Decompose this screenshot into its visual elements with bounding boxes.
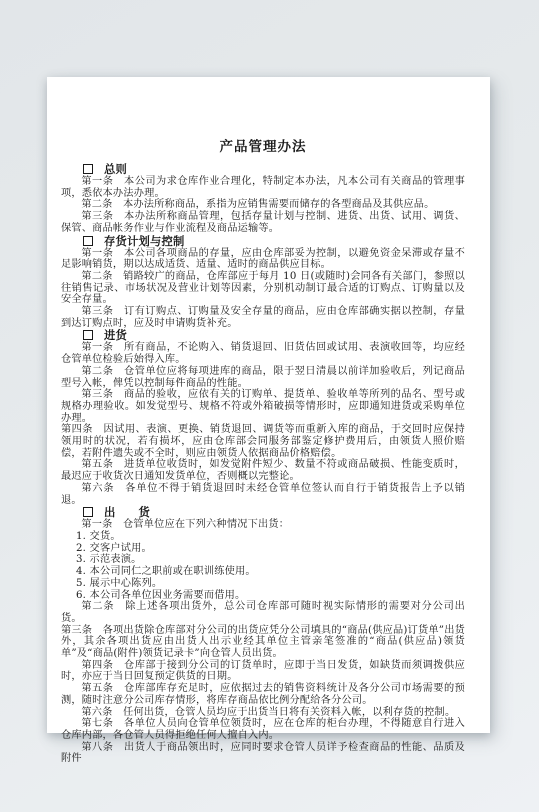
section-heading: 出 货: [61, 506, 465, 519]
clause-paragraph: 第八条 出货人于商品领出时，应同时要求仓管人员详予检查商品的性能、品质及附件: [61, 742, 465, 765]
clause-paragraph: 第三条 商品的验收，应依有关的订购单、提货单、验收单等所列的品名、型号或规格办理…: [61, 389, 465, 424]
checkbox-icon: [83, 507, 93, 517]
clause-paragraph: 第六条 任何出货，仓管人员均应于出货当日将有关资料入帐，以利存货的控制。: [61, 707, 465, 719]
clause-paragraph: 第二条 仓管单位应将每项进库的商品，限于翌日清晨以前详加验收后，列记商品型号入帐…: [61, 366, 465, 389]
clause-paragraph: 第一条 所有商品，不论购入、销货退回、旧货估回或试用、表演收回等，均应经仓管单位…: [61, 342, 465, 365]
clause-paragraph: 第三条 各项出货除仓库部对分公司的出货应凭分公司填具的“商品(供应品)订货单”出…: [61, 625, 465, 660]
clause-paragraph: 第五条 进货单位收货时，如发觉附件短少、数量不符或商品破损、性能变质时，最迟应于…: [61, 459, 465, 482]
checkbox-icon: [83, 236, 93, 246]
clause-paragraph: 第二条 本办法所称商品，系指为应销售需要而储存的各型商品及其供应品。: [61, 199, 465, 211]
document-title: 产品管理办法: [61, 137, 465, 157]
clause-paragraph: 第四条 因试用、表演、更换、销货退回、调货等而重新入库的商品，于交回时应保持领用…: [61, 424, 465, 459]
list-item: 1. 交货。: [61, 531, 465, 543]
clause-paragraph: 第四条 仓库部于接到分公司的订货单时，应即于当日发货，如缺货而须调拨供应时，亦应…: [61, 660, 465, 683]
clause-paragraph: 第二条 销路较广的商品，仓库部应于每月 10 日(或随时)会同各有关部门，参照以…: [61, 271, 465, 306]
clause-paragraph: 第五条 仓库部库存充足时，应依据过去的销售资料统计及各分公司市场需要的预测，随时…: [61, 683, 465, 706]
clause-paragraph: 第二条 除上述各项出货外，总公司仓库部可随时视实际情形的需要对分公司出货。: [61, 601, 465, 624]
clause-paragraph: 第三条 订有订购点、订购量及安全存量的商品，应由仓库部确实据以控制，存量到达订购…: [61, 306, 465, 329]
section-heading: 总则: [61, 163, 465, 176]
clause-paragraph: 第六条 各单位不得于销货退回时未经仓管单位签认而自行于销货报告上予以销退。: [61, 483, 465, 506]
document-page: 产品管理办法 总则第一条 本公司为求仓库作业合理化，特制定本办法，凡本公司有关商…: [47, 77, 490, 733]
clause-paragraph: 第七条 各单位人员向仓管单位领货时，应在仓库的柜台办理，不得随意自行进入仓库内部…: [61, 718, 465, 741]
section-title: 总则: [104, 162, 127, 176]
checkbox-icon: [83, 164, 93, 174]
list-item: 5. 展示中心陈列。: [61, 578, 465, 590]
list-item: 6. 本公司各单位因业务需要而借用。: [61, 590, 465, 602]
list-item: 2. 交客户试用。: [61, 543, 465, 555]
list-item: 3. 示范表演。: [61, 554, 465, 566]
clause-paragraph: 第一条 本公司各项商品的存量，应由仓库部妥为控制，以避免资金呆滞或存量不足影响销…: [61, 248, 465, 271]
section-heading: 进货: [61, 329, 465, 342]
clause-paragraph: 第三条 本办法所称商品管理，包括存量计划与控制、进货、出货、试用、调货、保管、商…: [61, 211, 465, 234]
section-heading: 存货计划与控制: [61, 235, 465, 248]
section-title: 进货: [104, 328, 127, 342]
clause-paragraph: 第一条 仓管单位应在下列六种情况下出货：: [61, 519, 465, 531]
document-body: 产品管理办法 总则第一条 本公司为求仓库作业合理化，特制定本办法，凡本公司有关商…: [47, 77, 490, 733]
clause-paragraph: 第一条 本公司为求仓库作业合理化，特制定本办法，凡本公司有关商品的管理事项，悉依…: [61, 176, 465, 199]
document-sections: 总则第一条 本公司为求仓库作业合理化，特制定本办法，凡本公司有关商品的管理事项，…: [61, 163, 465, 765]
list-item: 4. 本公司同仁之职前或在职训练使用。: [61, 566, 465, 578]
section-title: 存货计划与控制: [104, 234, 184, 248]
checkbox-icon: [83, 330, 93, 340]
section-title: 出 货: [104, 505, 150, 519]
